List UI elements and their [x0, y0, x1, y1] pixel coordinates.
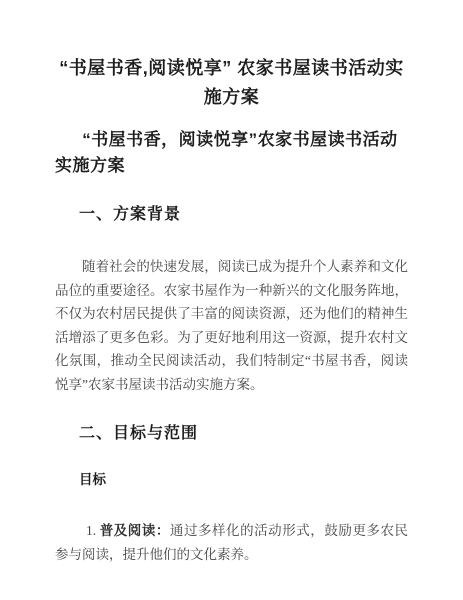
subheading-goal: 目标: [79, 471, 408, 489]
goal-list-item-1: 1.普及阅读：通过多样化的活动形式，鼓励更多农民参与阅读，提升他们的文化素养。: [55, 519, 408, 566]
item-number: 1.: [86, 523, 96, 538]
page-title: “书屋书香,阅读悦享” 农家书屋读书活动实施方案: [55, 54, 408, 112]
document-page: “书屋书香,阅读悦享” 农家书屋读书活动实施方案 “书屋书香，阅读悦享”农家书屋…: [0, 0, 463, 600]
section-heading-goals: 二、目标与范围: [79, 423, 408, 445]
paragraph-background: 随着社会的快速发展，阅读已成为提升个人素养和文化品位的重要途径。农家书屋作为一种…: [55, 255, 408, 396]
item-label: 普及阅读：: [99, 523, 170, 538]
section-heading-background: 一、方案背景: [79, 204, 408, 226]
document-subtitle: “书屋书香，阅读悦享”农家书屋读书活动实施方案: [55, 127, 408, 179]
